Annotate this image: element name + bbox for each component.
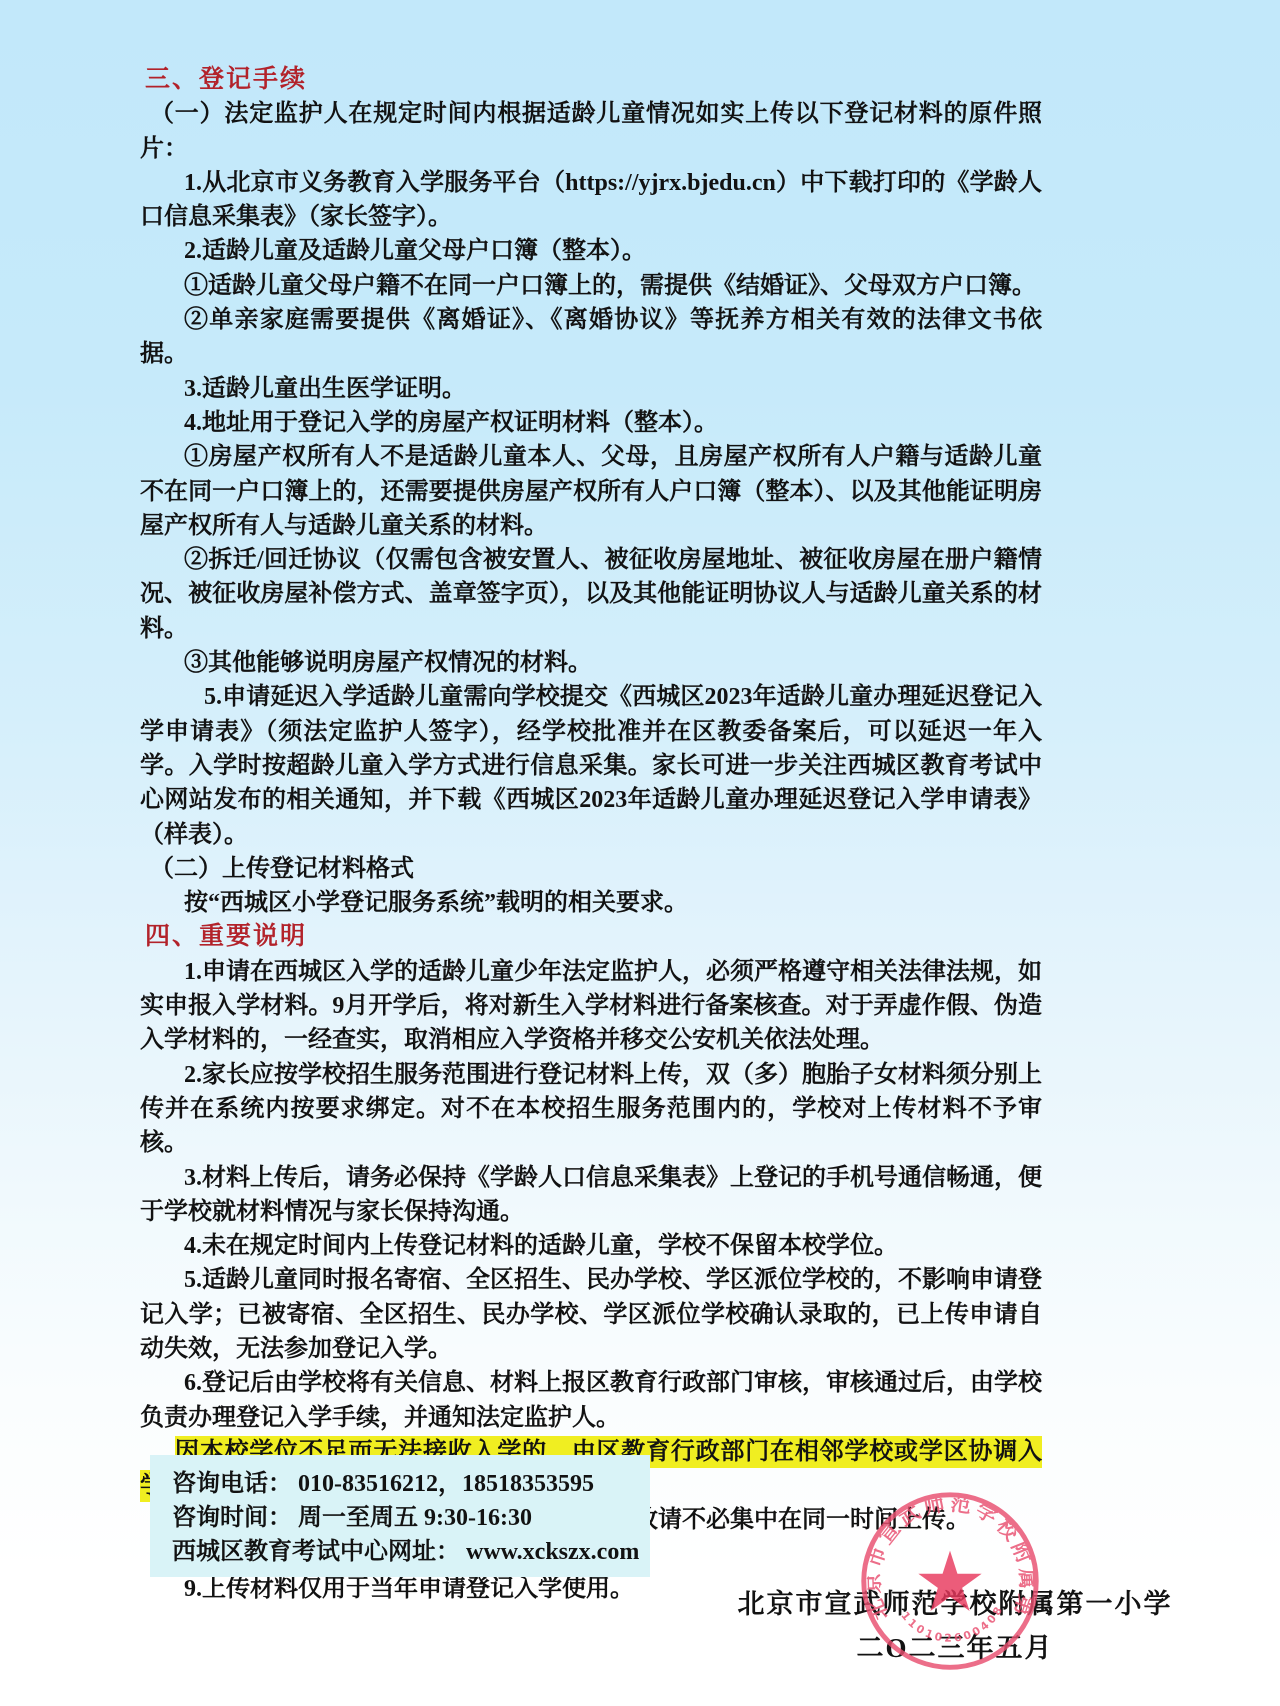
para-note-5: 5.适龄儿童同时报名寄宿、全区招生、民办学校、学区派位学校的，不影响申请登记入学…	[140, 1263, 1042, 1366]
contact-box: 咨询电话： 010-83516212，18518353595 咨询时间： 周一至…	[150, 1455, 650, 1577]
para-item-5: 5.申请延迟入学适龄儿童需向学校提交《西城区2023年适龄儿童办理延迟登记入学申…	[140, 680, 1042, 851]
para-format-requirement: 按“西城区小学登记服务系统”载明的相关要求。	[140, 886, 1042, 920]
para-guardian-upload: （一）法定监护人在规定时间内根据适龄儿童情况如实上传以下登记材料的原件照片：	[140, 97, 1042, 166]
document-body: 三、登记手续 （一）法定监护人在规定时间内根据适龄儿童情况如实上传以下登记材料的…	[140, 63, 1042, 1606]
para-note-2: 2.家长应按学校招生服务范围进行登记材料上传，双（多）胞胎子女材料须分别上传并在…	[140, 1058, 1042, 1161]
para-item-3: 3.适龄儿童出生医学证明。	[140, 372, 1042, 406]
para-note-3: 3.材料上传后，请务必保持《学龄人口信息采集表》上登记的手机号通信畅通，便于学校…	[140, 1161, 1042, 1230]
seal-star-icon	[918, 1551, 981, 1611]
contact-website: 西城区教育考试中心网址： www.xckszx.com	[172, 1535, 650, 1569]
contact-hours: 咨询时间： 周一至周五 9:30-16:30	[172, 1501, 650, 1535]
para-item-2-circle2: ②单亲家庭需要提供《离婚证》、《离婚协议》等抚养方相关有效的法律文书依据。	[140, 303, 1042, 372]
para-note-4: 4.未在规定时间内上传登记材料的适龄儿童，学校不保留本校学位。	[140, 1229, 1042, 1263]
para-note-6: 6.登记后由学校将有关信息、材料上报区教育行政部门审核，审核通过后，由学校负责办…	[140, 1366, 1042, 1435]
para-item-4-circle1: ①房屋产权所有人不是适龄儿童本人、父母，且房屋产权所有人户籍与适龄儿童不在同一户…	[140, 440, 1042, 543]
para-item-4-circle2: ②拆迁/回迁协议（仅需包含被安置人、被征收房屋地址、被征收房屋在册户籍情况、被征…	[140, 543, 1042, 646]
para-item-1: 1.从北京市义务教育入学服务平台（https://yjrx.bjedu.cn）中…	[140, 166, 1042, 235]
para-item-2: 2.适龄儿童及适龄儿童父母户口簿（整本）。	[140, 234, 1042, 268]
seal-number: 110102600408	[898, 1602, 1006, 1644]
seal-ring-text: 北京市宣武师范学校附属第一小学	[852, 1486, 1039, 1623]
para-note-1: 1.申请在西城区入学的适龄儿童少年法定监护人，必须严格遵守相关法律法规，如实申报…	[140, 955, 1042, 1058]
page: 三、登记手续 （一）法定监护人在规定时间内根据适龄儿童情况如实上传以下登记材料的…	[0, 0, 1280, 1706]
contact-phone: 咨询电话： 010-83516212，18518353595	[172, 1467, 650, 1501]
section-heading-notes: 四、重要说明	[140, 920, 1042, 954]
para-item-4-circle3: ③其他能够说明房屋产权情况的材料。	[140, 646, 1042, 680]
section-heading-registration: 三、登记手续	[140, 63, 1042, 97]
para-item-2-circle1: ①适龄儿童父母户籍不在同一户口簿上的，需提供《结婚证》、父母双方户口簿。	[140, 269, 1042, 303]
para-upload-format: （二）上传登记材料格式	[140, 852, 1042, 886]
official-seal: 北京市宣武师范学校附属第一小学 110102600408	[852, 1486, 1048, 1682]
para-item-4: 4.地址用于登记入学的房屋产权证明材料（整本）。	[140, 406, 1042, 440]
